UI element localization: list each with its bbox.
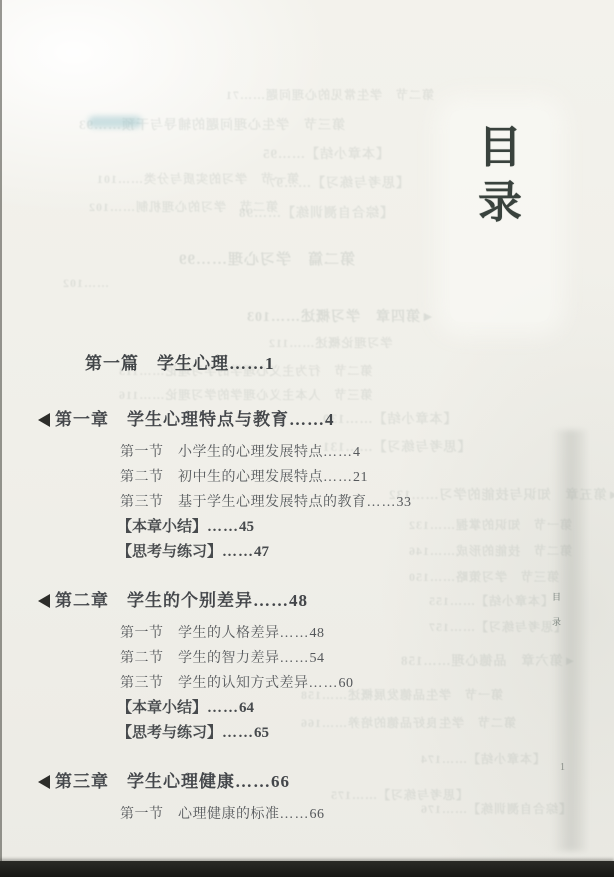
toc-row-bracket: 【思考与练习】……47 xyxy=(38,540,468,565)
bleedthrough-text: 【思考与练习】……97 xyxy=(268,172,409,191)
bleedthrough-text: 第二节 学生常见的心理问题……71 xyxy=(225,86,434,103)
toc-row-chapter: 第二章 学生的个别差异……48 xyxy=(38,589,468,613)
toc-leader-dots: …… xyxy=(323,445,353,460)
toc-entry-page: 45 xyxy=(239,519,254,535)
toc-leader-dots: …… xyxy=(229,354,265,373)
toc-entry-page: 4 xyxy=(353,445,361,460)
toc-row-section: 第一节 学生的人格差异……48 xyxy=(38,621,468,646)
toc-entry-page: 33 xyxy=(397,495,412,510)
toc-list: 第一篇 学生心理……1第一章 学生心理特点与教育……4第一节 小学生的心理发展特… xyxy=(38,338,468,827)
toc-row-chapter: 第三章 学生心理健康……66 xyxy=(38,770,468,794)
toc-entry-page: 21 xyxy=(353,470,368,485)
toc-leader-dots: …… xyxy=(309,676,339,691)
toc-leader-dots: …… xyxy=(289,408,325,432)
toc-entry-page: 64 xyxy=(239,700,254,716)
toc-entry-title: 第一节 心理健康的标准 xyxy=(120,807,280,822)
bleedthrough-text: 【综合自测训练】……98 xyxy=(238,202,393,221)
toc-leader-dots: …… xyxy=(235,770,271,794)
toc-leader-dots: …… xyxy=(222,544,254,560)
toc-entry-page: 54 xyxy=(310,651,325,666)
toc-entry-page: 66 xyxy=(271,770,290,794)
toc-row-chapter: 第一章 学生心理特点与教育……4 xyxy=(38,408,468,432)
toc-entry-title: 第一篇 学生心理 xyxy=(85,354,229,373)
toc-entry-page: 1 xyxy=(265,354,275,373)
toc-row-section: 第三节 学生的认知方式差异……60 xyxy=(38,671,468,696)
toc-leader-dots: …… xyxy=(280,626,310,641)
toc-row-section: 第二节 学生的智力差异……54 xyxy=(38,646,468,671)
toc-entry-title: 第二节 学生的智力差异 xyxy=(120,651,280,666)
bleedthrough-text: 第二篇 学习心理……99 xyxy=(178,248,355,269)
toc-leader-dots: …… xyxy=(280,651,310,666)
scanner-bottom-band xyxy=(0,861,614,877)
toc-row-section: 第二节 初中生的心理发展特点……21 xyxy=(38,465,468,490)
toc-entry-title: 【思考与练习】 xyxy=(117,544,222,560)
toc-row-bracket: 【本章小结】……45 xyxy=(38,515,468,540)
toc-entry-title: 第三节 基于学生心理发展特点的教育 xyxy=(120,495,367,510)
page-title: 目 录 xyxy=(462,120,538,230)
toc-entry-title: 第二节 初中生的心理发展特点 xyxy=(120,470,323,485)
highlighter-smudge xyxy=(88,116,142,128)
toc-leader-dots: …… xyxy=(222,725,254,741)
toc-entry-page: 47 xyxy=(254,544,269,560)
toc-entry-title: 【本章小结】 xyxy=(117,519,207,535)
scan-left-edge xyxy=(0,0,2,877)
toc-entry-page: 4 xyxy=(325,408,335,432)
page-edge-shadow xyxy=(552,430,586,851)
toc-leader-dots: …… xyxy=(323,470,353,485)
bleedthrough-text: ……102 xyxy=(62,276,109,291)
toc-row-bracket: 【思考与练习】……65 xyxy=(38,721,468,746)
toc-entry-title: 第三节 学生的认知方式差异 xyxy=(120,676,309,691)
toc-entry-page: 60 xyxy=(339,676,354,691)
toc-entry-page: 66 xyxy=(310,807,325,822)
toc-entry-title: 第一节 学生的人格差异 xyxy=(120,626,280,641)
toc-leader-dots: …… xyxy=(280,807,310,822)
toc-row-part: 第一篇 学生心理……1 xyxy=(38,352,468,376)
page-title-char-1: 目 xyxy=(462,120,538,175)
page-title-char-2: 录 xyxy=(462,175,538,230)
chapter-arrow-icon xyxy=(38,775,50,789)
toc-entry-title: 第一节 小学生的心理发展特点 xyxy=(120,445,323,460)
chapter-arrow-icon xyxy=(38,413,50,427)
toc-row-section: 第一节 小学生的心理发展特点……4 xyxy=(38,440,468,465)
toc-row-section: 第三节 基于学生心理发展特点的教育……33 xyxy=(38,490,468,515)
toc-entry-page: 65 xyxy=(254,725,269,741)
toc-row-section: 第一节 心理健康的标准……66 xyxy=(38,802,468,827)
toc-entry-title: 【思考与练习】 xyxy=(117,725,222,741)
bleedthrough-text: 【本章小结】……95 xyxy=(262,143,389,162)
chapter-arrow-icon xyxy=(38,594,50,608)
scanned-toc-page: 第二节 学生常见的心理问题……71第三节 学生心理问题的辅导与干预……93【本章… xyxy=(0,0,614,877)
toc-entry-title: 【本章小结】 xyxy=(117,700,207,716)
toc-entry-title: 第一章 学生心理特点与教育 xyxy=(55,408,289,432)
toc-leader-dots: …… xyxy=(253,589,289,613)
toc-row-bracket: 【本章小结】……64 xyxy=(38,696,468,721)
toc-entry-page: 48 xyxy=(289,589,308,613)
toc-leader-dots: …… xyxy=(367,495,397,510)
toc-leader-dots: …… xyxy=(207,700,239,716)
toc-entry-page: 48 xyxy=(310,626,325,641)
bleedthrough-text: ◄第四章 学习概述……103 xyxy=(246,306,435,326)
toc-leader-dots: …… xyxy=(207,519,239,535)
toc-entry-title: 第三章 学生心理健康 xyxy=(55,770,235,794)
toc-entry-title: 第二章 学生的个别差异 xyxy=(55,589,253,613)
